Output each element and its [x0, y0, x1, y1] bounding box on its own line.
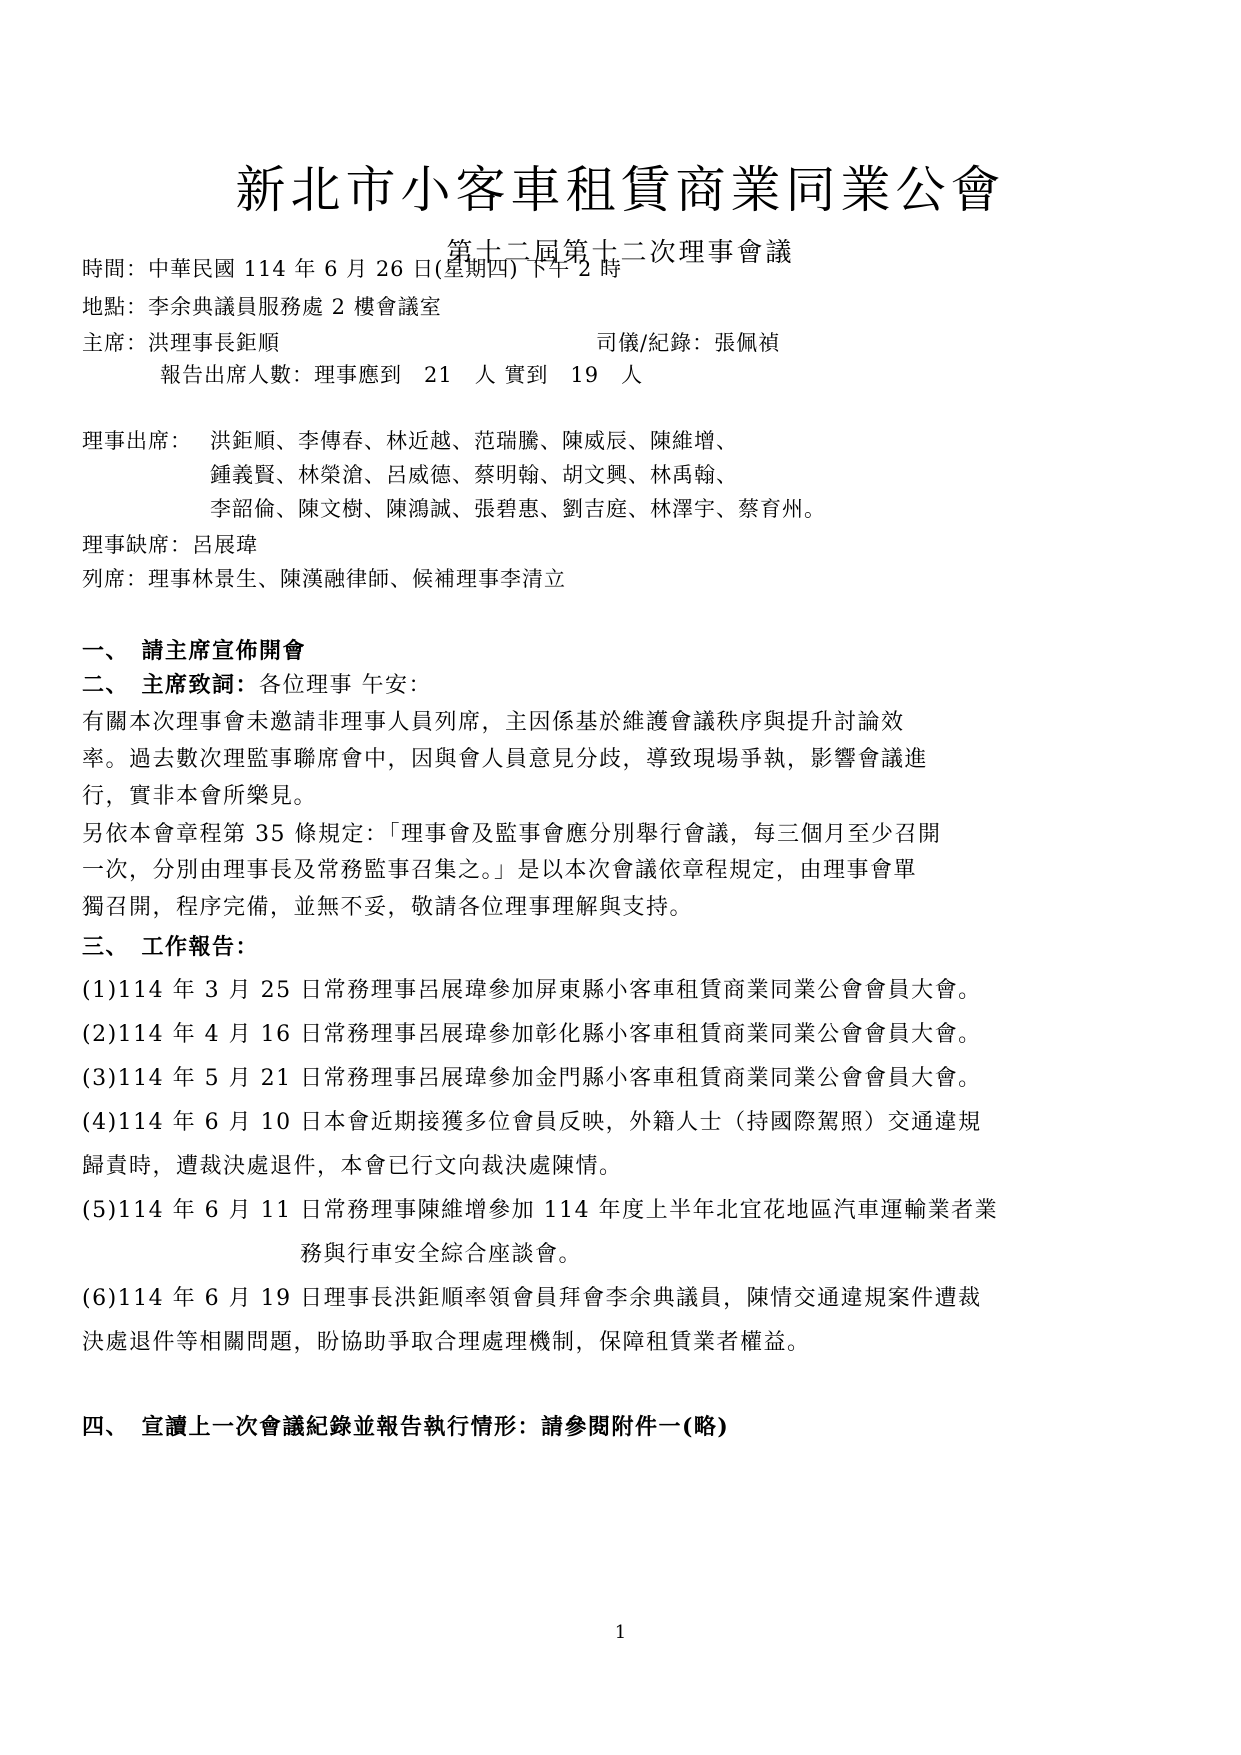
meeting-chair: 主席：洪理事長鉅順	[82, 328, 280, 358]
meeting-time: 時間：中華民國 114 年 6 月 26 日(星期四) 下午 2 時	[82, 254, 622, 284]
observers: 列席：理事林景生、陳漢融律師、候補理事李清立	[82, 564, 566, 594]
chair-speech-line: 一次，分別由理事長及常務監事召集之。」是以本次會議依章程規定，由理事會單	[82, 856, 917, 886]
section-2-title: 二、 主席致詞：	[82, 672, 259, 698]
chair-speech-line: 獨召開，程序完備，並無不妥，敬請各位理事理解與支持。	[82, 893, 693, 923]
section-1-heading: 一、 請主席宣佈開會	[82, 636, 306, 666]
document-title: 新北市小客車租賃商業同業公會	[0, 160, 1241, 220]
chair-speech-line: 率。過去數次理監事聯席會中，因與會人員意見分歧，導致現場爭執，影響會議進	[82, 745, 928, 775]
chair-speech-line: 行，實非本會所樂見。	[82, 782, 317, 812]
attendance-count: 報告出席人數：理事應到 21 人 實到 19 人	[160, 360, 643, 390]
section-3-heading: 三、 工作報告：	[82, 932, 259, 962]
work-report-item-continuation: 決處退件等相關問題，盼協助爭取合理處理機制，保障租賃業者權益。	[82, 1328, 811, 1358]
work-report-item: (1)114 年 3 月 25 日常務理事呂展瑋參加屏東縣小客車租賃商業同業公會…	[82, 976, 982, 1006]
meeting-recorder: 司儀/紀錄：張佩禎	[596, 328, 780, 358]
present-list-line: 鍾義賢、林榮滄、呂威德、蔡明翰、胡文興、林禹翰、	[210, 460, 738, 490]
page-number: 1	[0, 1622, 1241, 1643]
absent-directors: 理事缺席：呂展瑋	[82, 530, 258, 560]
work-report-item-continuation: 歸責時，遭裁決處退件，本會已行文向裁決處陳情。	[82, 1152, 623, 1182]
present-list-line: 李韶倫、陳文樹、陳鴻誠、張碧惠、劉吉庭、林澤宇、蔡育州。	[210, 494, 826, 524]
present-list-line: 洪鉅順、李傳春、林近越、范瑞騰、陳威辰、陳維增、	[210, 426, 738, 456]
work-report-item: (4)114 年 6 月 10 日本會近期接獲多位會員反映，外籍人士（持國際駕照…	[82, 1108, 982, 1138]
present-label: 理事出席：	[82, 426, 192, 456]
chair-greeting: 各位理事 午安：	[259, 673, 432, 698]
work-report-item-continuation: 務與行車安全綜合座談會。	[300, 1240, 582, 1270]
work-report-item: (2)114 年 4 月 16 日常務理事呂展瑋參加彰化縣小客車租賃商業同業公會…	[82, 1020, 982, 1050]
work-report-item: (5)114 年 6 月 11 日常務理事陳維增參加 114 年度上半年北宜花地…	[82, 1196, 998, 1226]
chair-speech-line: 有關本次理事會未邀請非理事人員列席，主因係基於維護會議秩序與提升討論效	[82, 708, 905, 738]
meeting-location: 地點：李余典議員服務處 2 樓會議室	[82, 292, 442, 322]
section-4-heading: 四、 宣讀上一次會議紀錄並報告執行情形：請參閱附件一(略)	[82, 1412, 729, 1442]
work-report-item: (3)114 年 5 月 21 日常務理事呂展瑋參加金門縣小客車租賃商業同業公會…	[82, 1064, 982, 1094]
chair-speech-line: 另依本會章程第 35 條規定：「理事會及監事會應分別舉行會議，每三個月至少召開	[82, 820, 941, 850]
work-report-item: (6)114 年 6 月 19 日理事長洪鉅順率領會員拜會李余典議員，陳情交通違…	[82, 1284, 982, 1314]
section-2-heading: 二、 主席致詞：各位理事 午安：	[82, 670, 432, 701]
